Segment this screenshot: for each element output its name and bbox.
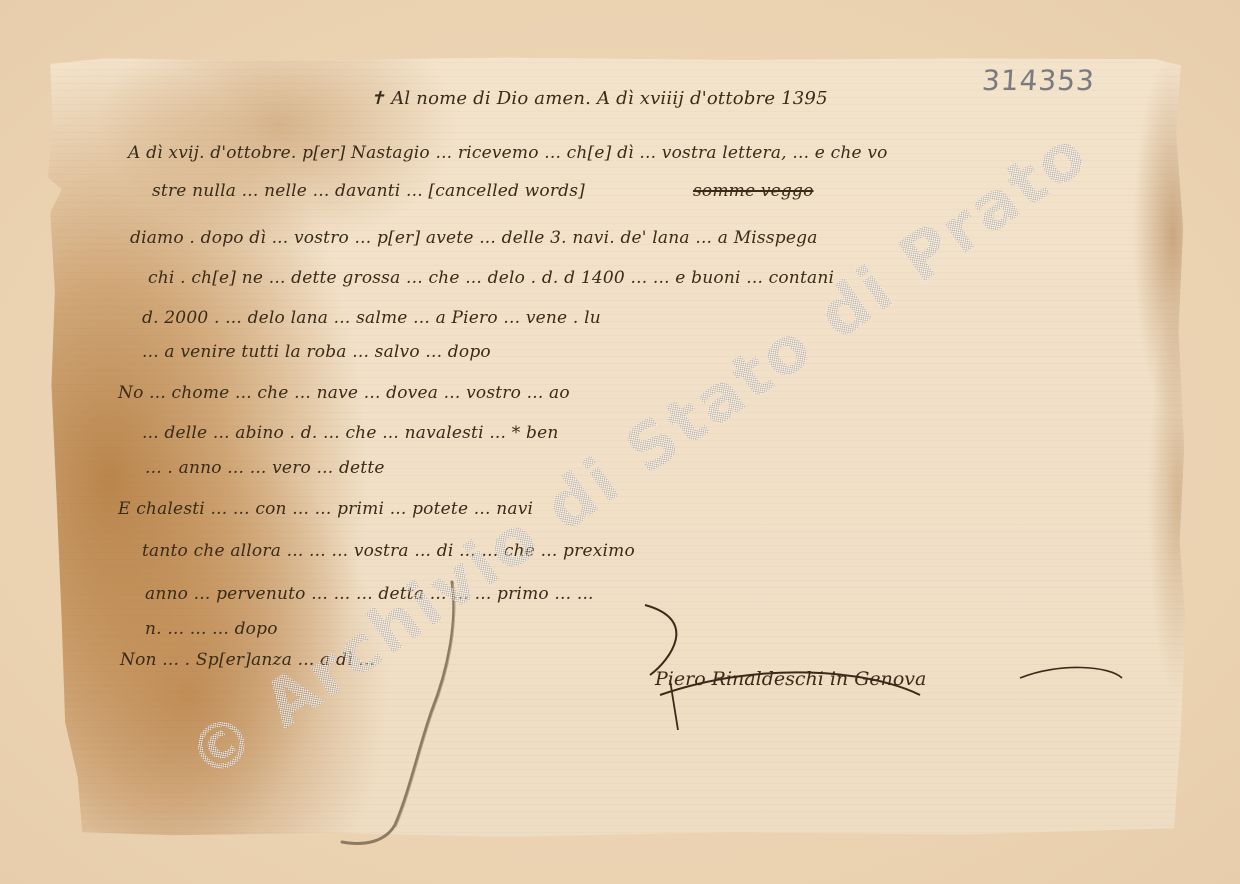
letter-line-2: stre nulla ... nelle ... davanti ... [ca…: [152, 181, 585, 201]
letter-line-8: ... delle ... abino . d. ... che ... nav…: [142, 423, 559, 443]
letter-line-2-text: stre nulla ... nelle ... davanti ... [ca…: [152, 181, 585, 201]
letter-line-5: d. 2000 . ... delo lana ... salme ... a …: [142, 308, 601, 328]
letter-line-4: chi . ch[e] ne ... dette grossa ... che …: [148, 268, 834, 288]
letter-line-9: ... . anno ... ... vero ... dette: [145, 458, 385, 478]
cancelled-text: somme veggo: [693, 181, 814, 201]
archive-number: 314353: [981, 64, 1096, 97]
letter-line-10: E chalesti ... ... con ... ... primi ...…: [118, 499, 533, 519]
letter-line-6: ... a venire tutti la roba ... salvo ...…: [142, 342, 491, 362]
letter-line-3: diamo . dopo dì ... vostro ... p[er] ave…: [130, 228, 818, 248]
signature: Piero Rinaldeschi in Genova: [655, 668, 926, 690]
letter-line-13: n. ... ... ... dopo: [145, 619, 278, 639]
header-line: ✝ Al nome di Dio amen. A dì xviiij d'ott…: [370, 88, 828, 109]
letter-line-7: Nο ... chome ... che ... nave ... dovea …: [118, 383, 570, 403]
letter-line-1: A dì xvij. d'ottobre. p[er] Nastagio ...…: [128, 143, 888, 163]
